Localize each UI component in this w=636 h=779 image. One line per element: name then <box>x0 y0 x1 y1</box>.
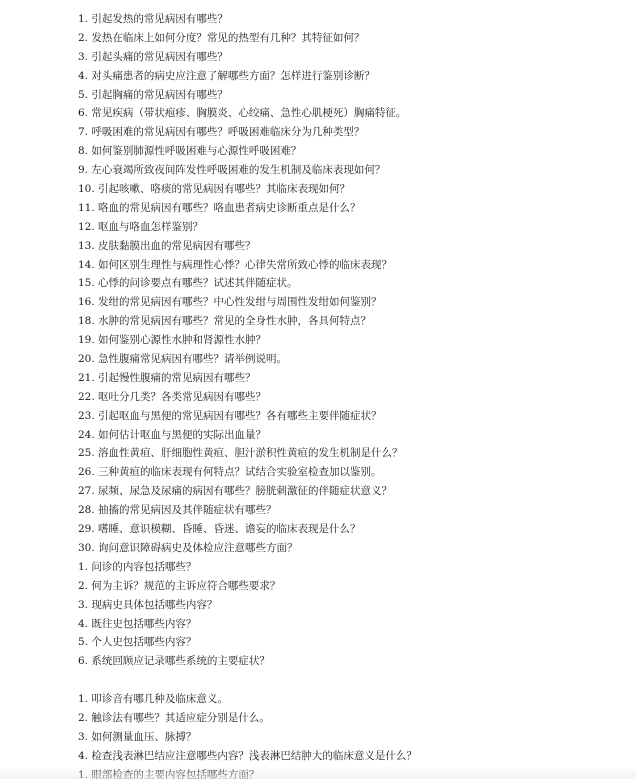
question-item: 13. 皮肤黏膜出血的常见病因有哪些？ <box>78 237 618 256</box>
question-item: 2. 何为主诉？规范的主诉应符合哪些要求？ <box>78 577 618 596</box>
question-item: 2. 发热在临床上如何分度？常见的热型有几种？其特征如何？ <box>78 29 618 48</box>
question-item: 7. 呼吸困难的常见病因有哪些？呼吸困难临床分为几种类型？ <box>78 123 618 142</box>
question-item: 18. 水肿的常见病因有哪些？常见的全身性水肿，各具何特点？ <box>78 312 618 331</box>
question-item: 25. 溶血性黄疸、肝细胞性黄疸、胆汁淤积性黄疸的发生机制是什么？ <box>78 444 618 463</box>
question-item: 20. 急性腹痛常见病因有哪些？请举例说明。 <box>78 350 618 369</box>
question-item: 1. 问诊的内容包括哪些？ <box>78 558 618 577</box>
question-item: 1. 叩诊音有哪几种及临床意义。 <box>78 690 618 709</box>
question-item: 3. 引起头痛的常见病因有哪些？ <box>78 48 618 67</box>
question-item: 11. 咯血的常见病因有哪些？咯血患者病史诊断重点是什么？ <box>78 199 618 218</box>
blank-line <box>78 671 618 690</box>
question-item: 10. 引起咳嗽、咯痰的常见病因有哪些？其临床表现如何？ <box>78 180 618 199</box>
exam-question-list: 1. 叩诊音有哪几种及临床意义。 2. 触诊法有哪些？其适应症分别是什么。 3.… <box>78 690 618 779</box>
question-item: 30. 询问意识障碍病史及体检应注意哪些方面？ <box>78 539 618 558</box>
question-item: 27. 尿频、尿急及尿痛的病因有哪些？膀胱刺激征的伴随症状意义？ <box>78 482 618 501</box>
question-item: 1. 引起发热的常见病因有哪些？ <box>78 10 618 29</box>
question-item: 4. 既往史包括哪些内容？ <box>78 615 618 634</box>
question-item: 29. 嗜睡、意识模糊、昏睡、昏迷、谵妄的临床表现是什么？ <box>78 520 618 539</box>
question-document: 1. 引起发热的常见病因有哪些？ 2. 发热在临床上如何分度？常见的热型有几种？… <box>78 10 618 779</box>
question-item: 4. 检查浅表淋巴结应注意哪些内容？浅表淋巴结肿大的临床意义是什么？ <box>78 747 618 766</box>
page-bottom-edge <box>0 767 636 779</box>
question-item: 5. 引起胸痛的常见病因有哪些？ <box>78 86 618 105</box>
question-item: 3. 现病史具体包括哪些内容？ <box>78 596 618 615</box>
question-item: 9. 左心衰竭所致夜间阵发性呼吸困难的发生机制及临床表现如何？ <box>78 161 618 180</box>
question-item: 14. 如何区别生理性与病理性心悸？心律失常所致心悸的临床表现？ <box>78 256 618 275</box>
question-item: 4. 对头痛患者的病史应注意了解哪些方面？怎样进行鉴别诊断？ <box>78 67 618 86</box>
question-item: 21. 引起慢性腹痛的常见病因有哪些？ <box>78 369 618 388</box>
question-item: 23. 引起呕血与黑便的常见病因有哪些？各有哪些主要伴随症状？ <box>78 407 618 426</box>
question-item: 19. 如何鉴别心源性水肿和肾源性水肿？ <box>78 331 618 350</box>
question-item: 16. 发绀的常见病因有哪些？中心性发绀与周围性发绀如何鉴别？ <box>78 293 618 312</box>
question-item: 6. 常见疾病（带状疱疹、胸膜炎、心绞痛、急性心肌梗死）胸痛特征。 <box>78 104 618 123</box>
question-item: 26. 三种黄疸的临床表现有何特点？试结合实验室检查加以鉴别。 <box>78 463 618 482</box>
question-item: 12. 呕血与咯血怎样鉴别？ <box>78 218 618 237</box>
history-question-list: 1. 问诊的内容包括哪些？ 2. 何为主诉？规范的主诉应符合哪些要求？ 3. 现… <box>78 558 618 671</box>
question-item: 6. 系统回顾应记录哪些系统的主要症状？ <box>78 652 618 671</box>
question-item: 5. 个人史包括哪些内容？ <box>78 633 618 652</box>
question-item: 15. 心悸的问诊要点有哪些？试述其伴随症状。 <box>78 274 618 293</box>
question-item: 28. 抽搐的常见病因及其伴随症状有哪些？ <box>78 501 618 520</box>
question-item: 24. 如何估计呕血与黑便的实际出血量？ <box>78 426 618 445</box>
question-item: 8. 如何鉴别肺源性呼吸困难与心源性呼吸困难？ <box>78 142 618 161</box>
question-item: 22. 呕吐分几类？各类常见病因有哪些？ <box>78 388 618 407</box>
question-item: 3. 如何测量血压、脉搏？ <box>78 728 618 747</box>
question-item: 2. 触诊法有哪些？其适应症分别是什么。 <box>78 709 618 728</box>
symptoms-question-list: 1. 引起发热的常见病因有哪些？ 2. 发热在临床上如何分度？常见的热型有几种？… <box>78 10 618 558</box>
